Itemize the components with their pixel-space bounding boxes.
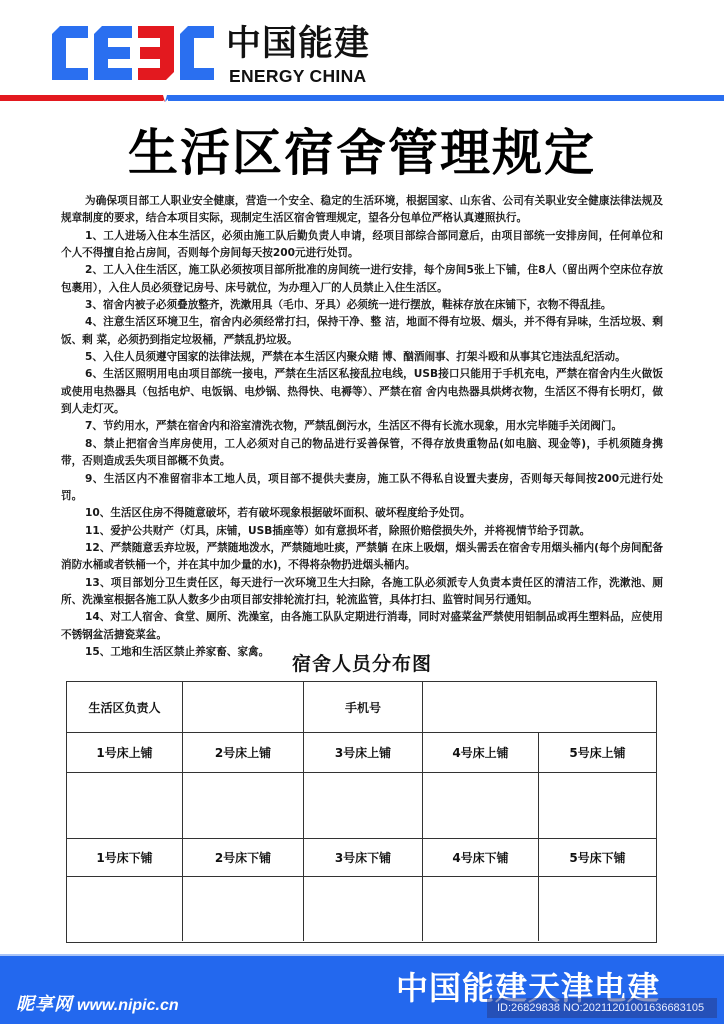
- regulations-body: 为确保项目部工人职业安全健康，营造一个安全、稳定的生活环境，根据国家、山东省、公…: [61, 193, 663, 661]
- lower-bunk-value[interactable]: [304, 877, 423, 941]
- phone-value-cell[interactable]: [423, 682, 656, 733]
- rule-item: 13、项目部划分卫生责任区，每天进行一次环境卫生大扫除，各施工队必须派专人负责本…: [61, 575, 663, 610]
- rule-item: 6、生活区照明用电由项目部统一接电，严禁在生活区私接乱拉电线，USB接口只能用于…: [61, 366, 663, 418]
- lower-bunk-label: 4号床下铺: [423, 839, 539, 877]
- logo-english-name: ENERGY CHINA: [229, 66, 366, 86]
- header-stripe-red: [0, 95, 163, 101]
- upper-bunk-label: 2号床上铺: [183, 733, 304, 773]
- upper-bunk-value[interactable]: [183, 773, 304, 839]
- manager-value-cell[interactable]: [183, 682, 304, 733]
- rule-item: 5、入住人员须遵守国家的法律法规，严禁在本生活区内聚众赌 博、酗酒闹事、打架斗殴…: [61, 349, 663, 366]
- rule-item: 3、宿舍内被子必须叠放整齐，洗漱用具（毛巾、牙具）必须统一进行摆放，鞋袜存放在床…: [61, 297, 663, 314]
- lower-bunk-value[interactable]: [183, 877, 304, 941]
- manager-label-cell: 生活区负责人: [67, 682, 183, 733]
- lower-bunk-label: 5号床下铺: [539, 839, 656, 877]
- header: 中国能建 ENERGY CHINA: [0, 0, 724, 104]
- logo-chinese-name: 中国能建: [226, 24, 370, 64]
- image-id-watermark: ID:26829838 NO:20211201001636683105: [487, 998, 717, 1018]
- footer-banner: 中国能建天津电建 昵享网www.nipic.cn ID:26829838 NO:…: [0, 956, 724, 1024]
- upper-bunk-label: 3号床上铺: [304, 733, 423, 773]
- rule-item: 9、生活区内不准留宿非本工地人员，项目部不提供夫妻房，施工队不得私自设置夫妻房，…: [61, 471, 663, 506]
- rule-item: 8、禁止把宿舍当库房使用，工人必须对自己的物品进行妥善保管，不得存放贵重物品(如…: [61, 436, 663, 471]
- lower-bunk-value[interactable]: [423, 877, 539, 941]
- upper-bunk-label: 1号床上铺: [67, 733, 183, 773]
- nipic-cn-label: 昵享网: [16, 994, 73, 1015]
- lower-bunk-label: 2号床下铺: [183, 839, 304, 877]
- rule-item: 4、注意生活区环境卫生，宿舍内必须经常打扫，保持干净、整 洁，地面不得有垃圾、烟…: [61, 314, 663, 349]
- lower-bunk-value[interactable]: [67, 877, 183, 941]
- rule-item: 10、生活区住房不得随意破坏，若有破坏现象根据破坏面积、破坏程度给予处罚。: [61, 505, 663, 522]
- nipic-watermark-logo: 昵享网www.nipic.cn: [16, 994, 179, 1017]
- intro-paragraph: 为确保项目部工人职业安全健康，营造一个安全、稳定的生活环境，根据国家、山东省、公…: [61, 193, 663, 228]
- rule-item: 12、严禁随意丢弃垃圾，严禁随地泼水，严禁随地吐痰，严禁躺 在床上吸烟，烟头需丢…: [61, 540, 663, 575]
- upper-bunk-value[interactable]: [304, 773, 423, 839]
- lower-bunk-value[interactable]: [539, 877, 656, 941]
- rule-item: 7、节约用水，严禁在宿舍内和浴室清洗衣物，严禁乱倒污水，生活区不得有长流水现象，…: [61, 418, 663, 435]
- stripe-notch-icon: [158, 94, 172, 103]
- nipic-url[interactable]: www.nipic.cn: [77, 997, 179, 1014]
- upper-bunk-label: 4号床上铺: [423, 733, 539, 773]
- header-stripe-blue: [168, 95, 724, 101]
- phone-label-cell: 手机号: [304, 682, 423, 733]
- ceec-logo-icon: [52, 26, 214, 80]
- rule-item: 1、工人进场入住本生活区，必须由施工队后勤负责人申请，经项目部综合部同意后，由项…: [61, 228, 663, 263]
- upper-bunk-value[interactable]: [539, 773, 656, 839]
- table-title: 宿舍人员分布图: [0, 652, 724, 676]
- upper-bunk-value[interactable]: [423, 773, 539, 839]
- upper-bunk-label: 5号床上铺: [539, 733, 656, 773]
- rule-item: 2、工人入住生活区，施工队必须按项目部所批准的房间统一进行安排，每个房间5张上下…: [61, 262, 663, 297]
- lower-bunk-label: 3号床下铺: [304, 839, 423, 877]
- rule-item: 11、爱护公共财产（灯具，床铺，USB插座等）如有意损坏者，除照价赔偿损失外，并…: [61, 523, 663, 540]
- dorm-occupant-table: 生活区负责人 手机号 1号床上铺 2号床上铺 3号床上铺 4号床上铺 5号床上铺…: [66, 681, 657, 943]
- lower-bunk-label: 1号床下铺: [67, 839, 183, 877]
- rule-item: 14、对工人宿舍、食堂、厕所、洗澡室，由各施工队队定期进行消毒，同时对盛菜盆严禁…: [61, 609, 663, 644]
- upper-bunk-value[interactable]: [67, 773, 183, 839]
- page-title: 生活区宿舍管理规定: [0, 124, 724, 182]
